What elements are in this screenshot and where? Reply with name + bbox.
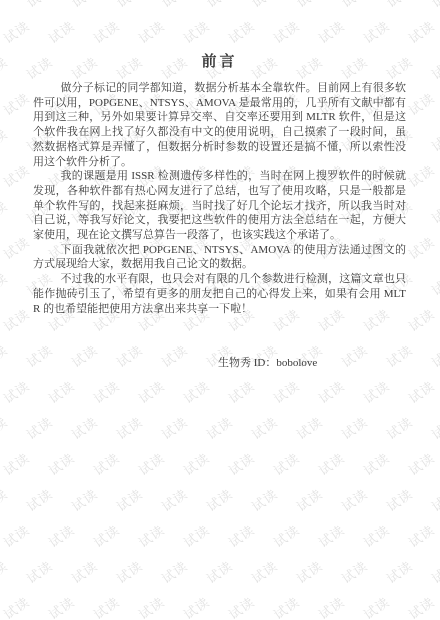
paragraph-4: 不过我的水平有限，也只会对有限的几个参数进行检测，这篇文章也只能作抛砖引玉了，希… xyxy=(33,272,406,316)
watermark-text: 试读 xyxy=(44,520,78,552)
watermark-text: 试读 xyxy=(179,520,213,552)
watermark-text: 试读 xyxy=(89,592,123,620)
watermark-text: 试读 xyxy=(0,376,33,408)
watermark-text: 试读 xyxy=(44,448,78,480)
watermark-text: 试读 xyxy=(134,592,168,620)
watermark-text: 试读 xyxy=(0,484,11,516)
watermark-text: 试读 xyxy=(314,520,348,552)
watermark-text: 试读 xyxy=(337,484,371,516)
watermark-text: 试读 xyxy=(382,412,416,444)
watermark-text: 试读 xyxy=(404,592,438,620)
watermark-text: 试读 xyxy=(292,484,326,516)
watermark-text: 试读 xyxy=(404,376,438,408)
watermark-text: 试读 xyxy=(269,448,303,480)
page-title: 前言 xyxy=(33,50,406,71)
watermark-text: 试读 xyxy=(269,520,303,552)
watermark-text: 试读 xyxy=(112,484,146,516)
watermark-text: 试读 xyxy=(359,520,393,552)
watermark-text: 试读 xyxy=(269,376,303,408)
watermark-text: 试读 xyxy=(224,520,258,552)
preface-body: 做分子标记的同学都知道，数据分析基本全靠软件。目前网上有很多软件可以用，POPG… xyxy=(33,81,406,316)
watermark-text: 试读 xyxy=(292,412,326,444)
watermark-text: 试读 xyxy=(0,448,33,480)
watermark-text: 试读 xyxy=(67,556,101,588)
watermark-text: 试读 xyxy=(314,376,348,408)
watermark-text: 试读 xyxy=(67,484,101,516)
watermark-text: 试读 xyxy=(247,556,281,588)
watermark-text: 试读 xyxy=(134,448,168,480)
watermark-text: 试读 xyxy=(224,592,258,620)
watermark-text: 试读 xyxy=(89,448,123,480)
watermark-text: 试读 xyxy=(404,448,438,480)
watermark-text: 试读 xyxy=(359,448,393,480)
paragraph-1: 做分子标记的同学都知道，数据分析基本全靠软件。目前网上有很多软件可以用，POPG… xyxy=(33,81,406,169)
watermark-text: 试读 xyxy=(0,412,11,444)
watermark-text: 试读 xyxy=(404,520,438,552)
watermark-text: 试读 xyxy=(179,448,213,480)
watermark-text: 试读 xyxy=(337,412,371,444)
watermark-text: 试读 xyxy=(22,484,56,516)
watermark-text: 试读 xyxy=(292,556,326,588)
author-signature: 生物秀 ID：bobolove xyxy=(33,356,406,370)
watermark-text: 试读 xyxy=(179,592,213,620)
watermark-text: 试读 xyxy=(427,412,440,444)
watermark-text: 试读 xyxy=(224,448,258,480)
watermark-text: 试读 xyxy=(44,376,78,408)
watermark-text: 试读 xyxy=(134,376,168,408)
watermark-text: 试读 xyxy=(382,484,416,516)
watermark-text: 试读 xyxy=(157,412,191,444)
watermark-text: 试读 xyxy=(22,556,56,588)
watermark-text: 试读 xyxy=(157,556,191,588)
watermark-text: 试读 xyxy=(247,484,281,516)
watermark-text: 试读 xyxy=(247,412,281,444)
watermark-text: 试读 xyxy=(314,448,348,480)
watermark-text: 试读 xyxy=(0,556,11,588)
watermark-text: 试读 xyxy=(202,556,236,588)
watermark-text: 试读 xyxy=(0,520,33,552)
watermark-text: 试读 xyxy=(157,484,191,516)
watermark-text: 试读 xyxy=(202,484,236,516)
watermark-text: 试读 xyxy=(337,556,371,588)
paragraph-3: 下面我就依次把 POPGENE、NTSYS、AMOVA 的使用方法通过图文的方式… xyxy=(33,243,406,272)
watermark-text: 试读 xyxy=(314,592,348,620)
watermark-text: 试读 xyxy=(179,376,213,408)
watermark-text: 试读 xyxy=(89,520,123,552)
watermark-text: 试读 xyxy=(22,412,56,444)
watermark-text: 试读 xyxy=(427,484,440,516)
watermark-text: 试读 xyxy=(0,592,33,620)
watermark-text: 试读 xyxy=(202,412,236,444)
watermark-text: 试读 xyxy=(359,592,393,620)
watermark-text: 试读 xyxy=(269,592,303,620)
preface-page: 前言 做分子标记的同学都知道，数据分析基本全靠软件。目前网上有很多软件可以用，P… xyxy=(0,0,440,370)
watermark-text: 试读 xyxy=(44,592,78,620)
watermark-text: 试读 xyxy=(427,556,440,588)
watermark-text: 试读 xyxy=(89,376,123,408)
watermark-text: 试读 xyxy=(112,556,146,588)
paragraph-2: 我的课题是用 ISSR 检测遗传多样性的，当时在网上搜罗软件的时候就发现，各种软… xyxy=(33,169,406,243)
watermark-text: 试读 xyxy=(359,376,393,408)
watermark-text: 试读 xyxy=(134,520,168,552)
watermark-text: 试读 xyxy=(224,376,258,408)
watermark-text: 试读 xyxy=(112,412,146,444)
watermark-text: 试读 xyxy=(67,412,101,444)
watermark-text: 试读 xyxy=(382,556,416,588)
